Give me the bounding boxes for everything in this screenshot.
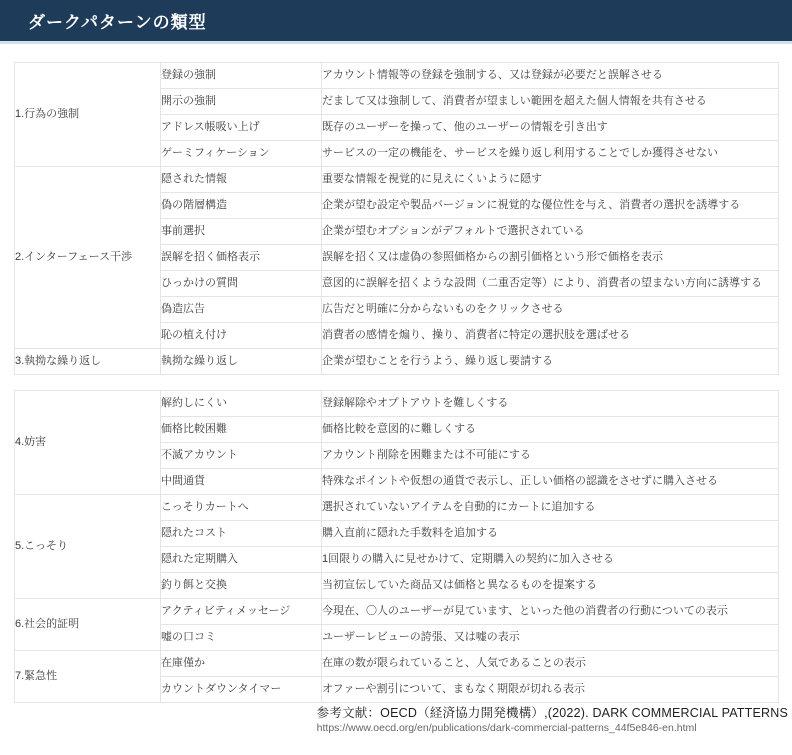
pattern-description-cell: だまして又は強制して、消費者が望ましい範囲を超えた個人情報を共有させる xyxy=(322,89,779,115)
pattern-description-cell: 重要な情報を視覚的に見えにくいように隠す xyxy=(322,167,779,193)
pattern-description-cell: 価格比較を意図的に難しくする xyxy=(322,417,779,443)
table-row: 2.インターフェース干渉隠された情報重要な情報を視覚的に見えにくいように隠す xyxy=(15,167,779,193)
pattern-description-cell: 広告だと明確に分からないものをクリックさせる xyxy=(322,297,779,323)
table-row: 6.社会的証明アクティビティメッセージ今現在、〇人のユーザーが見ています、といっ… xyxy=(15,599,779,625)
reference-footer: 参考文献：OECD（経済協力開発機構）,(2022). DARK COMMERC… xyxy=(317,703,788,734)
patterns-table: 1.行為の強制登録の強制アカウント情報等の登録を強制する、又は登録が必要だと誤解… xyxy=(14,62,779,703)
pattern-type-cell: 誤解を招く価格表示 xyxy=(161,245,322,271)
pattern-type-cell: 不滅アカウント xyxy=(161,443,322,469)
table-row: 1.行為の強制登録の強制アカウント情報等の登録を強制する、又は登録が必要だと誤解… xyxy=(15,63,779,89)
category-cell: 7.緊急性 xyxy=(15,651,161,703)
pattern-description-cell: 意図的に誤解を招くような設問（二重否定等）により、消費者の望まない方向に誘導する xyxy=(322,271,779,297)
pattern-type-cell: 解約しにくい xyxy=(161,391,322,417)
table-row: 4.妨害解約しにくい登録解除やオプトアウトを難しくする xyxy=(15,391,779,417)
pattern-type-cell: 事前選択 xyxy=(161,219,322,245)
reference-url: https://www.oecd.org/en/publications/dar… xyxy=(317,722,788,734)
table-row: 7.緊急性在庫僅か在庫の数が限られていること、人気であることの表示 xyxy=(15,651,779,677)
pattern-type-cell: 執拗な繰り返し xyxy=(161,349,322,375)
pattern-description-cell: 企業が望むオプションがデフォルトで選択されている xyxy=(322,219,779,245)
table-row: 5.こっそりこっそりカートへ選択されていないアイテムを自動的にカートに追加する xyxy=(15,495,779,521)
pattern-type-cell: ひっかけの質問 xyxy=(161,271,322,297)
pattern-description-cell: 企業が望む設定や製品バージョンに視覚的な優位性を与え、消費者の選択を誘導する xyxy=(322,193,779,219)
pattern-description-cell: 当初宣伝していた商品又は価格と異なるものを提案する xyxy=(322,573,779,599)
table-row: 3.執拗な繰り返し執拗な繰り返し企業が望むことを行うよう、繰り返し要請する xyxy=(15,349,779,375)
pattern-description-cell: 今現在、〇人のユーザーが見ています、といった他の消費者の行動についての表示 xyxy=(322,599,779,625)
category-cell: 2.インターフェース干渉 xyxy=(15,167,161,349)
pattern-description-cell: 1回限りの購入に見せかけて、定期購入の契約に加入させる xyxy=(322,547,779,573)
dark-patterns-table-container: 1.行為の強制登録の強制アカウント情報等の登録を強制する、又は登録が必要だと誤解… xyxy=(14,62,779,703)
pattern-type-cell: 偽造広告 xyxy=(161,297,322,323)
pattern-description-cell: 誤解を招く又は虚偽の参照価格からの割引価格という形で価格を表示 xyxy=(322,245,779,271)
pattern-type-cell: 恥の植え付け xyxy=(161,323,322,349)
pattern-type-cell: 開示の強制 xyxy=(161,89,322,115)
pattern-description-cell: アカウント削除を困難または不可能にする xyxy=(322,443,779,469)
pattern-type-cell: 偽の階層構造 xyxy=(161,193,322,219)
pattern-description-cell: アカウント情報等の登録を強制する、又は登録が必要だと誤解させる xyxy=(322,63,779,89)
category-cell: 5.こっそり xyxy=(15,495,161,599)
page-title: ダークパターンの類型 xyxy=(28,8,207,33)
pattern-type-cell: 隠れた定期購入 xyxy=(161,547,322,573)
reference-citation: 参考文献：OECD（経済協力開発機構）,(2022). DARK COMMERC… xyxy=(317,703,788,721)
pattern-type-cell: アクティビティメッセージ xyxy=(161,599,322,625)
patterns-table-body: 1.行為の強制登録の強制アカウント情報等の登録を強制する、又は登録が必要だと誤解… xyxy=(15,63,779,703)
pattern-description-cell: 企業が望むことを行うよう、繰り返し要請する xyxy=(322,349,779,375)
pattern-description-cell: オファーや割引について、まもなく期限が切れる表示 xyxy=(322,677,779,703)
pattern-type-cell: 登録の強制 xyxy=(161,63,322,89)
pattern-type-cell: 隠された情報 xyxy=(161,167,322,193)
category-cell: 1.行為の強制 xyxy=(15,63,161,167)
pattern-description-cell: 既存のユーザーを操って、他のユーザーの情報を引き出す xyxy=(322,115,779,141)
pattern-type-cell: 中間通貨 xyxy=(161,469,322,495)
page-header: ダークパターンの類型 xyxy=(0,0,792,44)
pattern-description-cell: 登録解除やオプトアウトを難しくする xyxy=(322,391,779,417)
category-cell: 4.妨害 xyxy=(15,391,161,495)
category-cell: 3.執拗な繰り返し xyxy=(15,349,161,375)
section-spacer-row xyxy=(15,375,779,391)
pattern-type-cell: 隠れたコスト xyxy=(161,521,322,547)
pattern-type-cell: こっそりカートへ xyxy=(161,495,322,521)
pattern-type-cell: 在庫僅か xyxy=(161,651,322,677)
pattern-type-cell: ゲーミフィケーション xyxy=(161,141,322,167)
pattern-description-cell: 消費者の感情を煽り、操り、消費者に特定の選択肢を選ばせる xyxy=(322,323,779,349)
pattern-description-cell: 購入直前に隠れた手数料を追加する xyxy=(322,521,779,547)
pattern-description-cell: 特殊なポイントや仮想の通貨で表示し、正しい価格の認識をさせずに購入させる xyxy=(322,469,779,495)
pattern-description-cell: ユーザーレビューの誇張、又は嘘の表示 xyxy=(322,625,779,651)
pattern-type-cell: 価格比較困難 xyxy=(161,417,322,443)
pattern-description-cell: 選択されていないアイテムを自動的にカートに追加する xyxy=(322,495,779,521)
pattern-type-cell: 嘘の口コミ xyxy=(161,625,322,651)
category-cell: 6.社会的証明 xyxy=(15,599,161,651)
pattern-type-cell: カウントダウンタイマー xyxy=(161,677,322,703)
pattern-type-cell: アドレス帳吸い上げ xyxy=(161,115,322,141)
pattern-type-cell: 釣り餌と交換 xyxy=(161,573,322,599)
pattern-description-cell: 在庫の数が限られていること、人気であることの表示 xyxy=(322,651,779,677)
pattern-description-cell: サービスの一定の機能を、サービスを繰り返し利用することでしか獲得させない xyxy=(322,141,779,167)
